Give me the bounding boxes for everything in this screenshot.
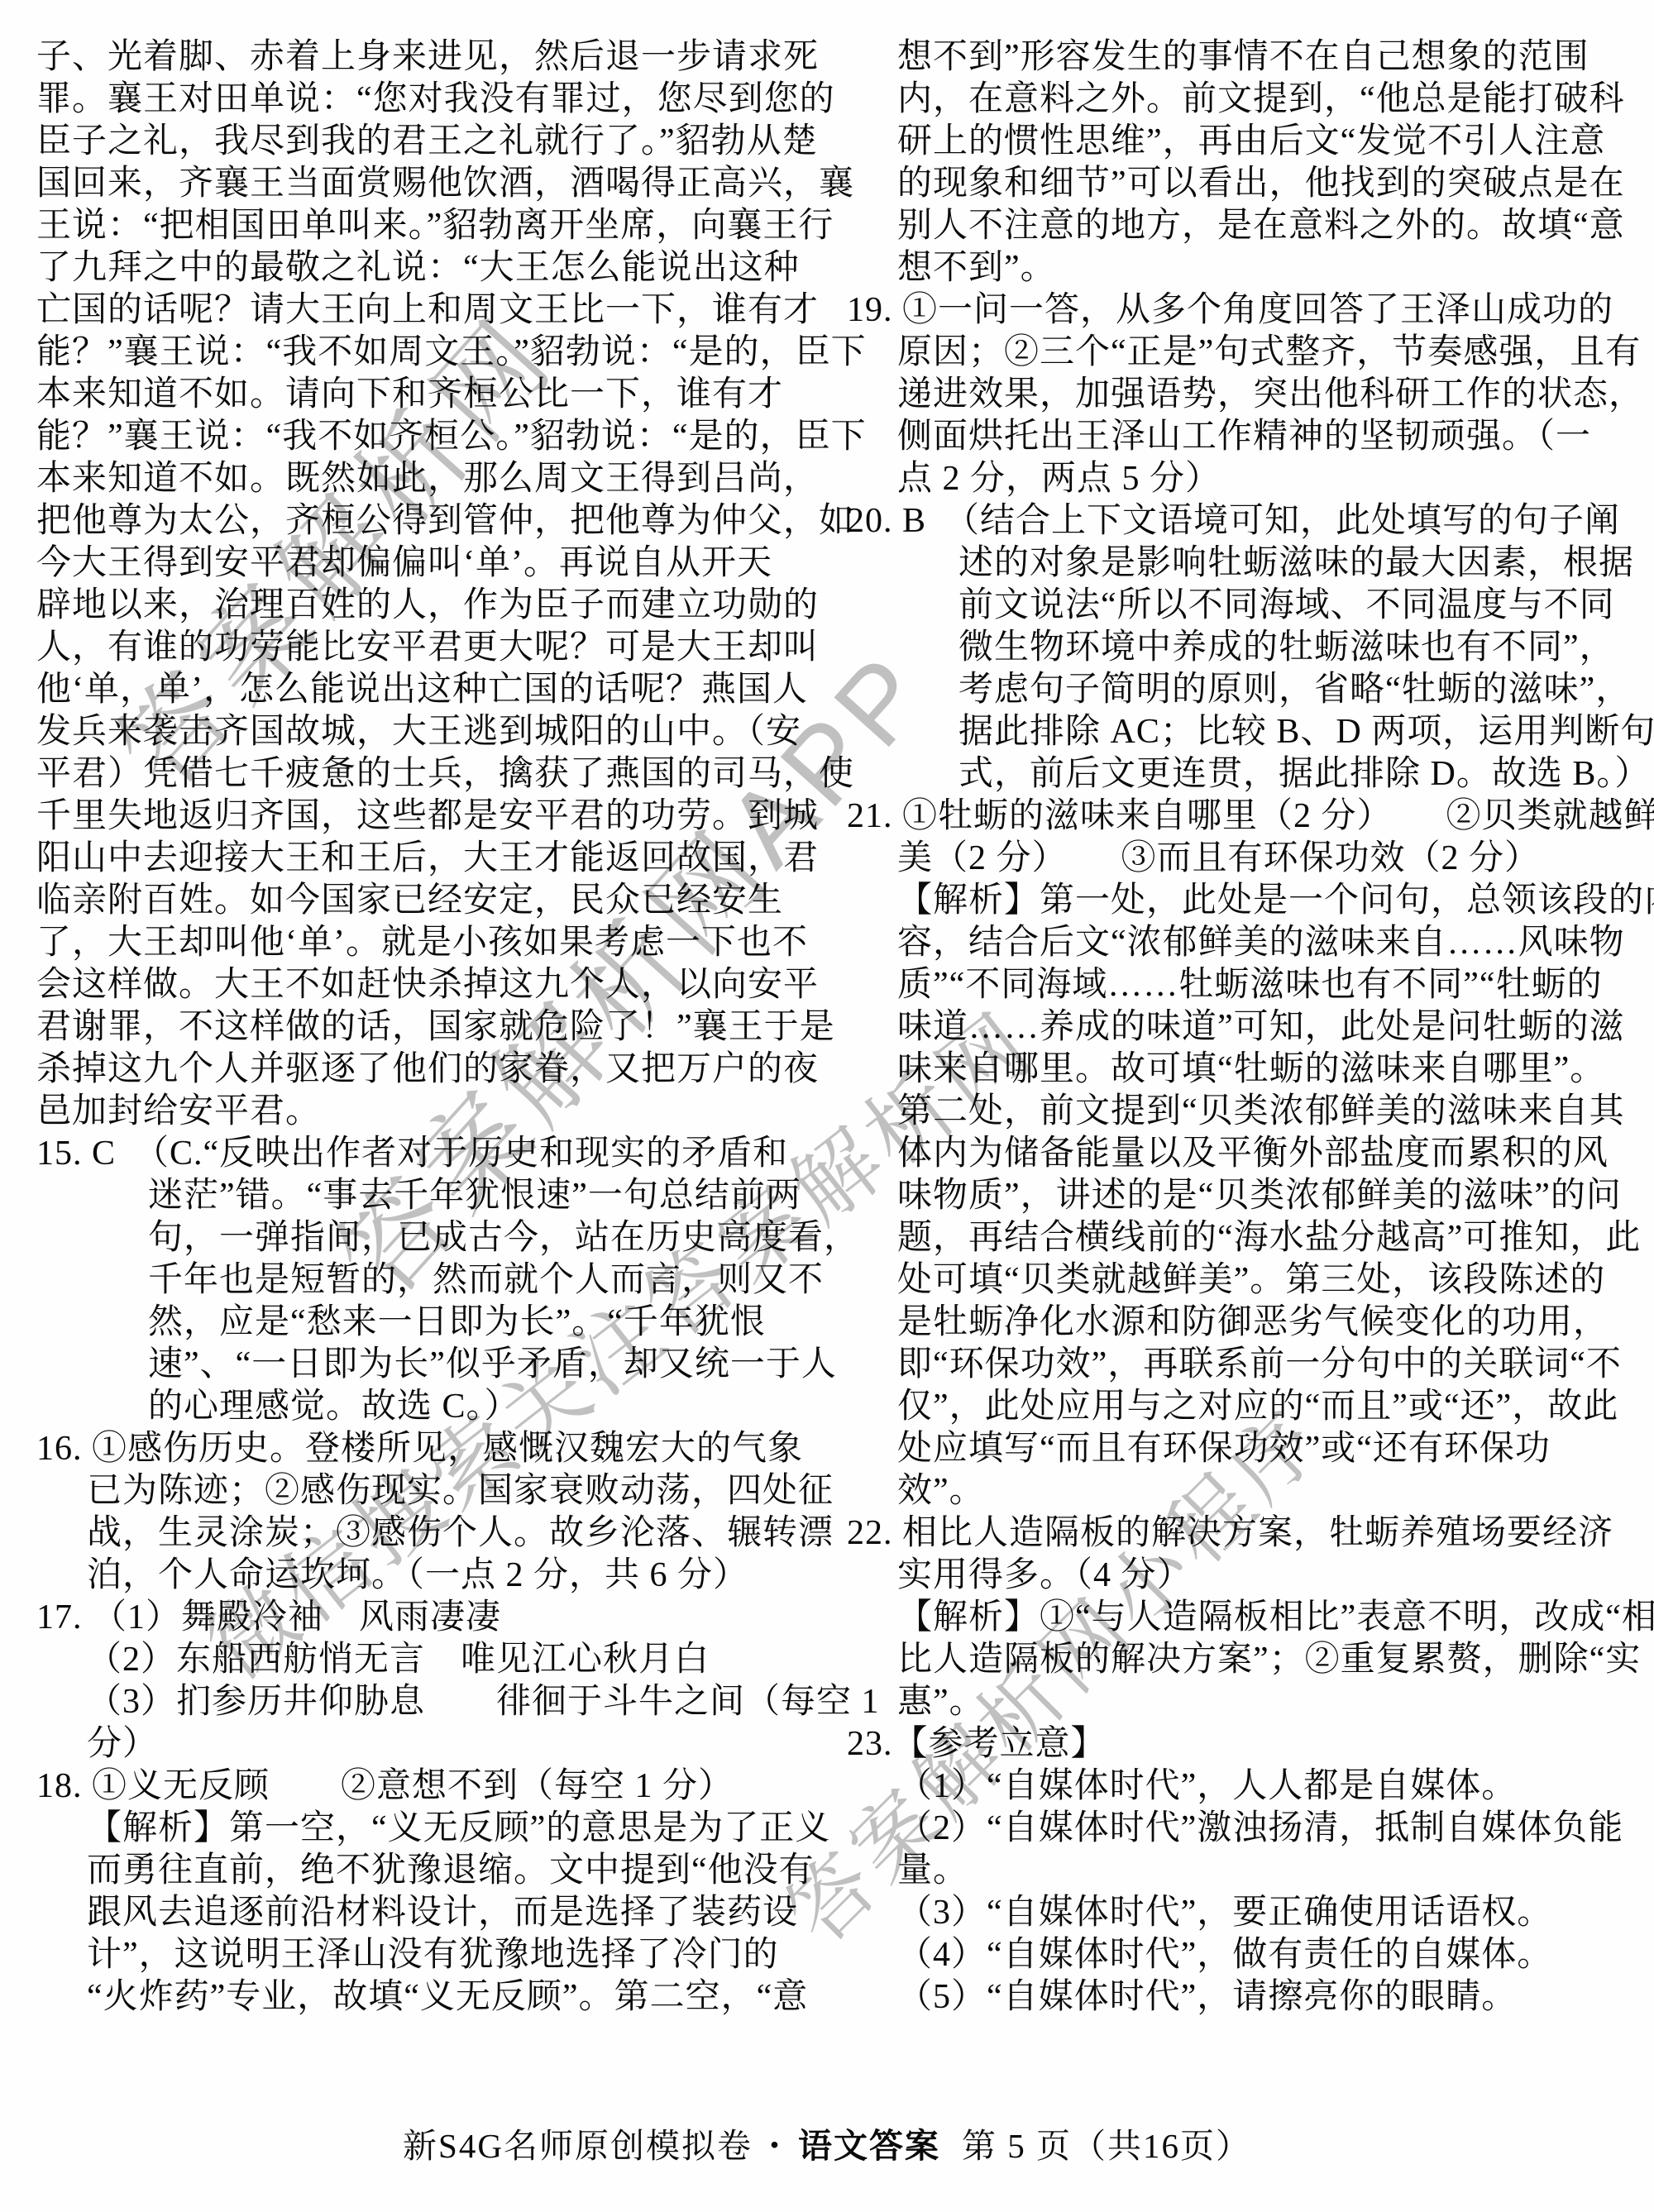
right-column: 想不到”形容发生的事情不在自己想象的范围内，在意料之外。前文提到，“他总是能打破… xyxy=(847,36,1642,2019)
text-line: 19. ①一问一答，从多个角度回答了王泽山成功的 xyxy=(847,289,1642,332)
footer-separator: ・ xyxy=(753,2127,798,2165)
text-line: 21. ①牡蛎的滋味来自哪里（2 分） ②贝类就越鲜 xyxy=(847,795,1642,838)
text-line: 是牡蛎净化水源和防御恶劣气候变化的功用， xyxy=(847,1302,1642,1344)
text-line: 质”“不同海域……牡蛎滋味也有不同”“牡蛎的 xyxy=(847,964,1642,1006)
text-line: （3）扪参历井仰胁息 徘徊于斗牛之间（每空 1 xyxy=(36,1681,832,1723)
left-column: 子、光着脚、赤着上身来进见，然后退一步请求死罪。襄王对田单说：“您对我没有罪过，… xyxy=(36,36,832,2019)
text-line: 处可填“贝类就越鲜美”。第三处，该段陈述的 xyxy=(847,1259,1642,1302)
text-line: 了，大王却叫他‘单’。就是小孩如果考虑一下也不 xyxy=(36,922,832,964)
text-line: 能？”襄王说：“我不如齐桓公。”貂勃说：“是的，臣下 xyxy=(36,416,832,458)
text-line: 体内为储备能量以及平衡外部盐度而累积的风 xyxy=(847,1133,1642,1175)
text-line: 杀掉这九个人并驱逐了他们的家眷，又把万户的夜 xyxy=(36,1049,832,1091)
text-line: 内，在意料之外。前文提到，“他总是能打破科 xyxy=(847,79,1642,121)
text-line: 味物质”，讲述的是“贝类浓郁鲜美的滋味”的问 xyxy=(847,1175,1642,1217)
text-line: 阳山中去迎接大王和王后，大王才能返回故国，君 xyxy=(36,838,832,880)
text-line: 然，应是“愁来一日即为长”。“千年犹恨 xyxy=(36,1302,832,1344)
text-line: 效”。 xyxy=(847,1470,1642,1512)
text-line: 速”、“一日即为长”似乎矛盾，却又统一于人 xyxy=(36,1344,832,1386)
text-line: 而勇往直前，绝不犹豫退缩。文中提到“他没有 xyxy=(36,1850,832,1892)
text-line: （2）“自媒体时代”激浊扬清，抵制自媒体负能 xyxy=(847,1808,1642,1850)
text-line: 考虑句子简明的原则，省略“牡蛎的滋味”， xyxy=(847,669,1642,711)
text-line: 点 2 分，两点 5 分） xyxy=(847,458,1642,500)
text-line: 惠”。 xyxy=(847,1681,1642,1723)
text-line: 把他尊为太公，齐桓公得到管仲，把他尊为仲父，如 xyxy=(36,500,832,542)
text-line: 子、光着脚、赤着上身来进见，然后退一步请求死 xyxy=(36,36,832,79)
text-line: 题，再结合横线前的“海水盐分越高”可推知，此 xyxy=(847,1217,1642,1259)
text-line: 15. C （C.“反映出作者对于历史和现实的矛盾和 xyxy=(36,1133,832,1175)
text-line: 千年也是短暂的，然而就个人而言，则又不 xyxy=(36,1259,832,1302)
text-line: 计”，这说明王泽山没有犹豫地选择了冷门的 xyxy=(36,1934,832,1976)
text-line: 【解析】第一处，此处是一个问句，总领该段的内 xyxy=(847,880,1642,922)
text-line: 美（2 分） ③而且有环保功效（2 分） xyxy=(847,838,1642,880)
text-line: 战，生灵涂炭；③感伤个人。故乡沦落、辗转漂 xyxy=(36,1512,832,1555)
footer-page-number: 第 5 页（共16页） xyxy=(962,2127,1251,2165)
text-line: （3）“自媒体时代”，要正确使用话语权。 xyxy=(847,1892,1642,1934)
text-line: 量。 xyxy=(847,1850,1642,1892)
text-line: 王说：“把相国田单叫来。”貂勃离开坐席，向襄王行 xyxy=(36,205,832,247)
text-line: 国回来，齐襄王当面赏赐他饮酒，酒喝得正高兴，襄 xyxy=(36,163,832,205)
text-line: 臣子之礼，我尽到我的君王之礼就行了。”貂勃从楚 xyxy=(36,121,832,163)
text-line: （1）“自媒体时代”，人人都是自媒体。 xyxy=(847,1765,1642,1808)
text-line: （2）东船西舫悄无言 唯见江心秋月白 xyxy=(36,1639,832,1681)
text-line: “火炸药”专业，故填“义无反顾”。第二空，“意 xyxy=(36,1976,832,2019)
text-line: 述的对象是影响牡蛎滋味的最大因素，根据 xyxy=(847,542,1642,585)
page-footer: 新S4G名师原创模拟卷・语文答案第 5 页（共16页） xyxy=(0,2119,1654,2167)
text-line: 味来自哪里。故可填“牡蛎的滋味来自哪里”。 xyxy=(847,1049,1642,1091)
text-line: 君谢罪，不这样做的话，国家就危险了！”襄王于是 xyxy=(36,1006,832,1049)
text-line: 发兵来袭击齐国故城，大王逃到城阳的山中。（安 xyxy=(36,711,832,753)
text-line: 辟地以来，治理百姓的人，作为臣子而建立功勋的 xyxy=(36,585,832,627)
text-line: 跟风去追逐前沿材料设计，而是选择了装药设 xyxy=(36,1892,832,1934)
text-line: 的现象和细节”可以看出，他找到的突破点是在 xyxy=(847,163,1642,205)
text-line: 他‘单，单’，怎么能说出这种亡国的话呢？燕国人 xyxy=(36,669,832,711)
text-line: 千里失地返归齐国，这些都是安平君的功劳。到城 xyxy=(36,795,832,838)
text-line: 本来知道不如。请向下和齐桓公比一下，谁有才 xyxy=(36,374,832,416)
text-line: 别人不注意的地方，是在意料之外的。故填“意 xyxy=(847,205,1642,247)
text-line: 容，结合后文“浓郁鲜美的滋味来自……风味物 xyxy=(847,922,1642,964)
text-line: 据此排除 AC；比较 B、D 两项，运用判断句 xyxy=(847,711,1642,753)
text-line: 了九拜之中的最敬之礼说：“大王怎么能说出这种 xyxy=(36,247,832,289)
text-line: 想不到”形容发生的事情不在自己想象的范围 xyxy=(847,36,1642,79)
text-line: 味道……养成的味道”可知，此处是问牡蛎的滋 xyxy=(847,1006,1642,1049)
text-line: 亡国的话呢？请大王向上和周文王比一下，谁有才 xyxy=(36,289,832,332)
text-line: 句，一弹指间，已成古今，站在历史高度看， xyxy=(36,1217,832,1259)
text-line: 递进效果，加强语势，突出他科研工作的状态， xyxy=(847,374,1642,416)
text-line: （5）“自媒体时代”，请擦亮你的眼睛。 xyxy=(847,1976,1642,2019)
text-line: 16. ①感伤历史。登楼所见，感慨汉魏宏大的气象 xyxy=(36,1428,832,1470)
text-line: 微生物环境中养成的牡蛎滋味也有不同”， xyxy=(847,627,1642,669)
text-line: 22. 相比人造隔板的解决方案，牡蛎养殖场要经济 xyxy=(847,1512,1642,1555)
text-line: 本来知道不如。既然如此，那么周文王得到吕尚， xyxy=(36,458,832,500)
text-line: 临亲附百姓。如今国家已经安定，民众已经安生 xyxy=(36,880,832,922)
text-line: 18. ①义无反顾 ②意想不到（每空 1 分） xyxy=(36,1765,832,1808)
footer-series-title: 新S4G名师原创模拟卷 xyxy=(403,2127,753,2165)
footer-subject-title: 语文答案 xyxy=(798,2127,940,2165)
text-line: 想不到”。 xyxy=(847,247,1642,289)
text-line: 人，有谁的功劳能比安平君更大呢？可是大王却叫 xyxy=(36,627,832,669)
text-line: 今大王得到安平君却偏偏叫‘单’。再说自从开天 xyxy=(36,542,832,585)
text-line: 的心理感觉。故选 C。） xyxy=(36,1386,832,1428)
text-line: 已为陈迹；②感伤现实。国家衰败动荡，四处征 xyxy=(36,1470,832,1512)
text-line: 原因；②三个“正是”句式整齐，节奏感强，且有 xyxy=(847,332,1642,374)
text-line: 研上的惯性思维”，再由后文“发觉不引人注意 xyxy=(847,121,1642,163)
text-line: 第二处，前文提到“贝类浓郁鲜美的滋味来自其 xyxy=(847,1091,1642,1133)
text-line: 分） xyxy=(36,1723,832,1765)
text-line: 迷茫”错。“事去千年犹恨速”一句总结前两 xyxy=(36,1175,832,1217)
text-line: 比人造隔板的解决方案”；②重复累赘，删除“实 xyxy=(847,1639,1642,1681)
text-line: 邑加封给安平君。 xyxy=(36,1091,832,1133)
text-line: 即“环保功效”，再联系前一分句中的关联词“不 xyxy=(847,1344,1642,1386)
answer-sheet-page: 答案解析网 答案解析网APP 微信搜索关注答案解析网 答案解析网小程序 子、光着… xyxy=(0,0,1654,2212)
text-line: 【解析】①“与人造隔板相比”表意不明，改成“相 xyxy=(847,1597,1642,1639)
text-line: 前文说法“所以不同海域、不同温度与不同 xyxy=(847,585,1642,627)
text-line: 能？”襄王说：“我不如周文王。”貂勃说：“是的，臣下 xyxy=(36,332,832,374)
text-line: 会这样做。大王不如赶快杀掉这九个人，以向安平 xyxy=(36,964,832,1006)
text-line: 罪。襄王对田单说：“您对我没有罪过，您尽到您的 xyxy=(36,79,832,121)
text-line: 实用得多。（4 分） xyxy=(847,1555,1642,1597)
text-line: 【解析】第一空，“义无反顾”的意思是为了正义 xyxy=(36,1808,832,1850)
text-line: 17. （1）舞殿冷袖 风雨凄凄 xyxy=(36,1597,832,1639)
text-line: （4）“自媒体时代”，做有责任的自媒体。 xyxy=(847,1934,1642,1976)
text-line: 侧面烘托出王泽山工作精神的坚韧顽强。（一 xyxy=(847,416,1642,458)
text-line: 23.【参考立意】 xyxy=(847,1723,1642,1765)
text-line: 仅”，此处应用与之对应的“而且”或“还”，故此 xyxy=(847,1386,1642,1428)
text-line: 泊，个人命运坎坷。（一点 2 分，共 6 分） xyxy=(36,1555,832,1597)
text-line: 20. B （结合上下文语境可知，此处填写的句子阐 xyxy=(847,500,1642,542)
text-line: 式，前后文更连贯，据此排除 D。故选 B。） xyxy=(847,753,1642,795)
text-line: 处应填写“而且有环保功效”或“还有环保功 xyxy=(847,1428,1642,1470)
text-line: 平君）凭借七千疲惫的士兵，擒获了燕国的司马，使 xyxy=(36,753,832,795)
